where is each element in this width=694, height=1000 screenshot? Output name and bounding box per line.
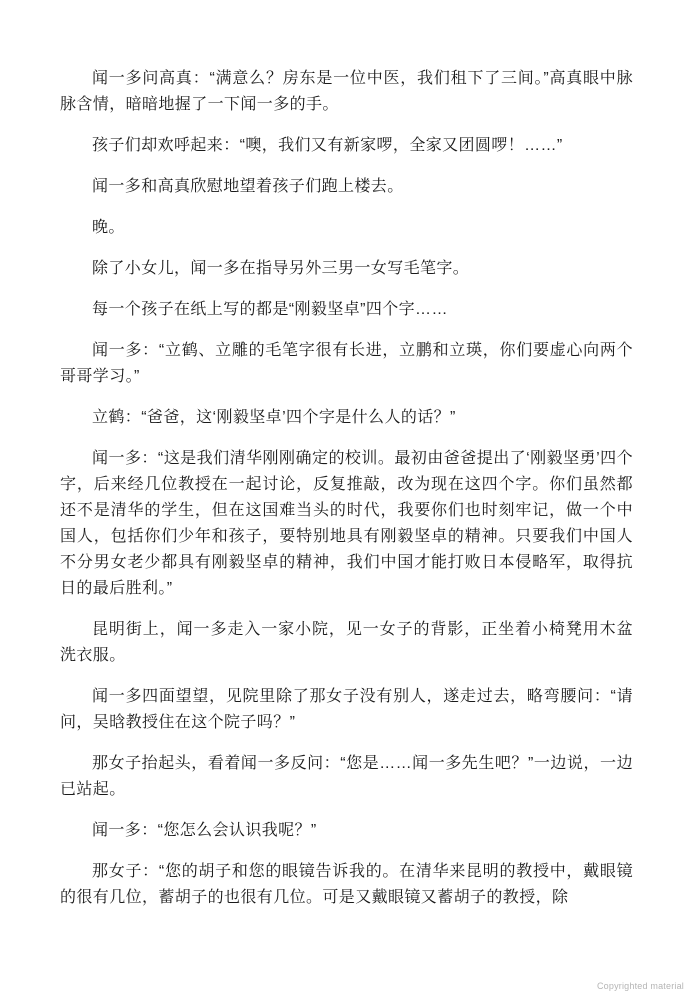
page-text: 闻一多问高真：“满意么？房东是一位中医，我们租下了三间。”高真眼中脉脉含情，暗暗… (60, 66, 633, 926)
paragraph: 每一个孩子在纸上写的都是“刚毅坚卓”四个字…… (60, 297, 633, 323)
paragraph: 立鹤：“爸爸，这‘刚毅坚卓’四个字是什么人的话？” (60, 405, 633, 431)
paragraph: 闻一多：“您怎么会认识我呢？” (60, 818, 633, 844)
book-page: 闻一多问高真：“满意么？房东是一位中医，我们租下了三间。”高真眼中脉脉含情，暗暗… (0, 0, 694, 1000)
paragraph: 晚。 (60, 215, 633, 241)
paragraph: 孩子们却欢呼起来：“噢，我们又有新家啰，全家又团圆啰！……” (60, 133, 633, 159)
paragraph: 除了小女儿，闻一多在指导另外三男一女写毛笔字。 (60, 256, 633, 282)
paragraph: 闻一多四面望望，见院里除了那女子没有别人，遂走过去，略弯腰问：“请问，吴晗教授住… (60, 684, 633, 736)
paragraph: 闻一多：“这是我们清华刚刚确定的校训。最初由爸爸提出了‘刚毅坚勇’四个字，后来经… (60, 446, 633, 602)
paragraph: 昆明街上，闻一多走入一家小院，见一女子的背影，正坐着小椅凳用木盆洗衣服。 (60, 617, 633, 669)
paragraph: 那女子：“您的胡子和您的眼镜告诉我的。在清华来昆明的教授中，戴眼镜的很有几位，蓄… (60, 859, 633, 911)
copyright-notice: Copyrighted material (597, 981, 684, 991)
paragraph: 闻一多和高真欣慰地望着孩子们跑上楼去。 (60, 174, 633, 200)
paragraph: 闻一多：“立鹤、立雕的毛笔字很有长进，立鹏和立瑛，你们要虚心向两个哥哥学习。” (60, 338, 633, 390)
paragraph: 闻一多问高真：“满意么？房东是一位中医，我们租下了三间。”高真眼中脉脉含情，暗暗… (60, 66, 633, 118)
paragraph: 那女子抬起头，看着闻一多反问：“您是……闻一多先生吧？”一边说，一边已站起。 (60, 751, 633, 803)
